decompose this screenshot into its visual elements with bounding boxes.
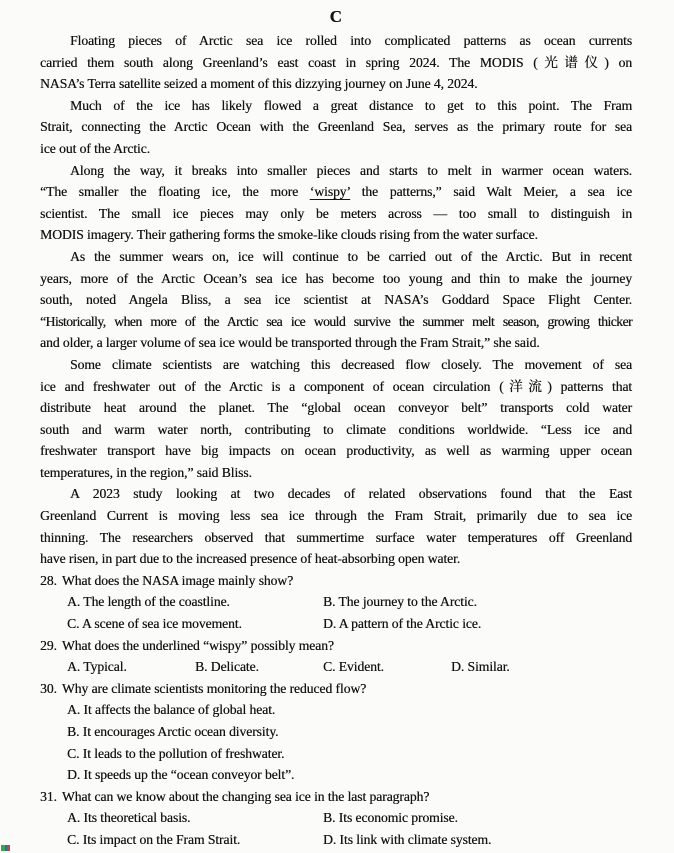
option-row: A. Its theoretical basis.B. Its economic… [67, 807, 632, 829]
question-stem: 30.Why are climate scientists monitoring… [40, 678, 632, 700]
question-stem: 29.What does the underlined “wispy” poss… [40, 635, 632, 657]
options-group: A. The length of the coastline.B. The jo… [40, 591, 632, 634]
option-row: A. Typical.B. Delicate.C. Evident.D. Sim… [67, 656, 632, 678]
passage-line: temperatures, in the region,” said Bliss… [40, 462, 632, 484]
passage-line-with-underline: “The smaller the floating ice, the more … [40, 181, 632, 203]
question-stem: 28.What does the NASA image mainly show? [40, 570, 632, 592]
passage-text: “The smaller the floating ice, the more [40, 184, 310, 199]
passage-line: thinning. The researchers observed that … [40, 527, 632, 549]
passage-line: south and warm water north, contributing… [40, 419, 632, 441]
option-a: A. It affects the balance of global heat… [67, 699, 632, 721]
option-c: C. Its impact on the Fram Strait. [67, 829, 323, 851]
question-stem: 31.What can we know about the changing s… [40, 786, 632, 808]
passage-line: have risen, in part due to the increased… [40, 548, 632, 570]
paragraph-6: A 2023 study looking at two decades of r… [40, 483, 632, 569]
option-a: A. Its theoretical basis. [67, 807, 323, 829]
passage-line: NASA’s Terra satellite seized a moment o… [40, 73, 632, 95]
exam-page: C Floating pieces of Arctic sea ice roll… [0, 0, 674, 851]
passage-line: A 2023 study looking at two decades of r… [40, 483, 632, 505]
passage-line: ice out of the Arctic. [40, 138, 632, 160]
option-d: D. A pattern of the Arctic ice. [323, 616, 481, 631]
paragraph-4: As the summer wears on, ice will continu… [40, 246, 632, 354]
passage-line: MODIS imagery. Their gathering forms the… [40, 224, 632, 246]
question-28: 28.What does the NASA image mainly show?… [40, 570, 632, 635]
scan-artifact [1, 845, 10, 851]
options-group: A. Typical.B. Delicate.C. Evident.D. Sim… [40, 656, 632, 678]
passage-line: “Historically, when more of the Arctic s… [40, 311, 632, 333]
options-group: A. It affects the balance of global heat… [40, 699, 632, 785]
option-row: C. Its impact on the Fram Strait.D. Its … [67, 829, 632, 851]
section-label: C [40, 4, 632, 30]
option-a: A. The length of the coastline. [67, 591, 323, 613]
question-31: 31.What can we know about the changing s… [40, 786, 632, 851]
passage-line: Greenland Current is moving less sea ice… [40, 505, 632, 527]
passage-line: scientist. The small ice pieces may only… [40, 203, 632, 225]
option-a: A. Typical. [67, 656, 195, 678]
passage-line: Along the way, it breaks into smaller pi… [40, 160, 632, 182]
underlined-word: ‘wispy’ [310, 184, 350, 199]
passage-line: freshwater transport have big impacts on… [40, 440, 632, 462]
option-b: B. Its economic promise. [323, 810, 458, 825]
option-b: B. Delicate. [195, 656, 323, 678]
passage-line: carried them south along Greenland’s eas… [40, 52, 632, 74]
question-number: 29. [40, 638, 57, 653]
question-number: 30. [40, 681, 57, 696]
passage-line: south, noted Angela Bliss, a sea ice sci… [40, 289, 632, 311]
question-number: 31. [40, 789, 57, 804]
passage-line: Strait, connecting the Arctic Ocean with… [40, 116, 632, 138]
option-c: C. It leads to the pollution of freshwat… [67, 743, 632, 765]
option-d: D. Similar. [451, 659, 510, 674]
passage-line: Floating pieces of Arctic sea ice rolled… [40, 30, 632, 52]
passage-line: Some climate scientists are watching thi… [40, 354, 632, 376]
passage-text: the patterns,” said Walt Meier, a sea ic… [350, 184, 632, 199]
option-b: B. It encourages Arctic ocean diversity. [67, 721, 632, 743]
passage-line: Much of the ice has likely flowed a grea… [40, 95, 632, 117]
question-29: 29.What does the underlined “wispy” poss… [40, 635, 632, 678]
option-row: C. A scene of sea ice movement.D. A patt… [67, 613, 632, 635]
option-b: B. The journey to the Arctic. [323, 594, 477, 609]
option-c: C. A scene of sea ice movement. [67, 613, 323, 635]
option-d: D. It speeds up the “ocean conveyor belt… [67, 764, 632, 786]
question-text: Why are climate scientists monitoring th… [62, 681, 366, 696]
option-c: C. Evident. [323, 656, 451, 678]
passage-line: ice and freshwater out of the Arctic is … [40, 376, 632, 398]
options-group: A. Its theoretical basis.B. Its economic… [40, 807, 632, 850]
paragraph-3: Along the way, it breaks into smaller pi… [40, 160, 632, 246]
paragraph-1: Floating pieces of Arctic sea ice rolled… [40, 30, 632, 95]
passage-line: years, more of the Arctic Ocean’s sea ic… [40, 268, 632, 290]
paragraph-5: Some climate scientists are watching thi… [40, 354, 632, 484]
option-row: A. The length of the coastline.B. The jo… [67, 591, 632, 613]
passage-line: and older, a larger volume of sea ice wo… [40, 332, 632, 354]
question-text: What does the NASA image mainly show? [62, 573, 293, 588]
option-d: D. Its link with climate system. [323, 832, 491, 847]
passage-line: As the summer wears on, ice will continu… [40, 246, 632, 268]
question-text: What does the underlined “wispy” possibl… [62, 638, 334, 653]
passage-line: distribute heat around the planet. The “… [40, 397, 632, 419]
question-30: 30.Why are climate scientists monitoring… [40, 678, 632, 786]
question-text: What can we know about the changing sea … [62, 789, 429, 804]
question-number: 28. [40, 573, 57, 588]
paragraph-2: Much of the ice has likely flowed a grea… [40, 95, 632, 160]
